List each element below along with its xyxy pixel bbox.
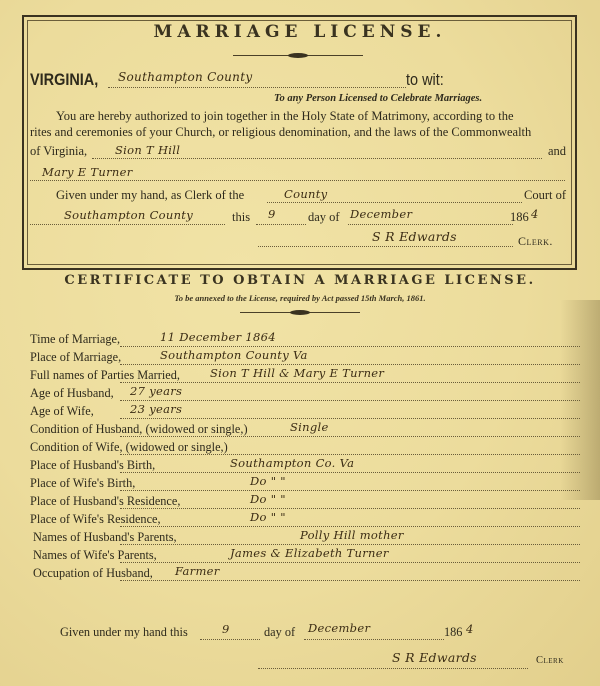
ornament-divider bbox=[233, 55, 363, 56]
this-label: this bbox=[232, 210, 250, 225]
cert-day-of-label: day of bbox=[264, 625, 295, 640]
field-value[interactable]: Do " " bbox=[250, 510, 286, 524]
field-leader bbox=[120, 562, 580, 563]
body-line-2: rites and ceremonies of your Church, or … bbox=[30, 125, 531, 140]
field-value[interactable]: Sion T Hill & Mary E Turner bbox=[210, 366, 384, 380]
body-line-1: You are hereby authorized to join togeth… bbox=[56, 109, 514, 124]
of-virginia-label: of Virginia, bbox=[30, 144, 87, 159]
day-leader bbox=[256, 224, 306, 225]
field-value[interactable]: Do " " bbox=[250, 492, 286, 506]
field-label: Place of Wife's Birth, bbox=[30, 476, 135, 491]
year-prefix: 186 bbox=[510, 210, 529, 225]
and-label: and bbox=[548, 144, 566, 159]
state-label: VIRGINIA, bbox=[30, 70, 98, 90]
cert-given-label: Given under my hand this bbox=[60, 625, 188, 640]
field-value[interactable]: Polly Hill mother bbox=[300, 528, 404, 542]
field-label: Time of Marriage, bbox=[30, 332, 120, 347]
cert-clerk-leader bbox=[258, 668, 528, 669]
field-label: Place of Marriage, bbox=[30, 350, 121, 365]
field-value[interactable]: 27 years bbox=[130, 384, 182, 398]
field-value[interactable]: Southampton County Va bbox=[160, 348, 308, 362]
field-leader bbox=[120, 580, 580, 581]
court-place-leader bbox=[30, 224, 225, 225]
court-type-value[interactable]: County bbox=[284, 187, 327, 201]
field-leader bbox=[120, 544, 580, 545]
month-value[interactable]: December bbox=[350, 207, 412, 221]
year-suffix-value[interactable]: 4 bbox=[531, 207, 539, 221]
field-value[interactable]: 23 years bbox=[130, 402, 182, 416]
field-value[interactable]: Farmer bbox=[175, 564, 220, 578]
certificate-subtitle: To be annexed to the License, required b… bbox=[0, 293, 600, 303]
cert-clerk-label: Clerk bbox=[536, 655, 564, 666]
field-leader bbox=[120, 508, 580, 509]
bride-value[interactable]: Mary E Turner bbox=[42, 165, 133, 179]
clerk-signature: S R Edwards bbox=[372, 229, 457, 244]
groom-leader bbox=[92, 158, 542, 159]
day-value[interactable]: 9 bbox=[268, 207, 276, 221]
field-leader bbox=[120, 436, 580, 437]
cert-month-value[interactable]: December bbox=[308, 621, 370, 635]
field-leader bbox=[120, 418, 580, 419]
clerk-label: Clerk. bbox=[518, 234, 553, 249]
field-value[interactable]: 11 December 1864 bbox=[160, 330, 276, 344]
field-value[interactable]: Southampton Co. Va bbox=[230, 456, 354, 470]
clerk-signature-leader bbox=[258, 246, 513, 247]
field-leader bbox=[120, 490, 580, 491]
cert-day-value[interactable]: 9 bbox=[222, 622, 230, 636]
field-label: Names of Husband's Parents, bbox=[33, 530, 177, 545]
court-type-leader bbox=[267, 202, 522, 203]
field-label: Age of Wife, bbox=[30, 404, 94, 419]
field-leader bbox=[120, 364, 580, 365]
county-value[interactable]: Southampton County bbox=[118, 70, 252, 84]
court-of-label: Court of bbox=[524, 188, 566, 203]
field-value[interactable]: Single bbox=[290, 420, 329, 434]
field-leader bbox=[120, 346, 580, 347]
field-label: Occupation of Husband, bbox=[33, 566, 153, 581]
field-leader bbox=[120, 472, 580, 473]
month-leader bbox=[348, 224, 513, 225]
field-label: Condition of Husband, (widowed or single… bbox=[30, 422, 248, 437]
field-value[interactable]: Do " " bbox=[250, 474, 286, 488]
cert-year-suffix-value[interactable]: 4 bbox=[466, 622, 474, 636]
cert-clerk-signature: S R Edwards bbox=[392, 650, 477, 665]
field-label: Condition of Wife, (widowed or single,) bbox=[30, 440, 228, 455]
field-label: Names of Wife's Parents, bbox=[33, 548, 157, 563]
certificate-ornament bbox=[240, 312, 360, 313]
day-of-label: day of bbox=[308, 210, 340, 225]
cert-day-leader bbox=[200, 639, 260, 640]
to-wit-label: to wit: bbox=[406, 70, 444, 90]
groom-value[interactable]: Sion T Hill bbox=[115, 143, 180, 157]
county-leader bbox=[108, 87, 406, 88]
field-label: Age of Husband, bbox=[30, 386, 114, 401]
field-leader bbox=[120, 526, 580, 527]
field-leader bbox=[120, 400, 580, 401]
field-label: Place of Husband's Residence, bbox=[30, 494, 180, 509]
cert-month-leader bbox=[304, 639, 444, 640]
bride-leader bbox=[30, 180, 565, 181]
field-label: Place of Husband's Birth, bbox=[30, 458, 155, 473]
field-label: Place of Wife's Residence, bbox=[30, 512, 161, 527]
field-label: Full names of Parties Married, bbox=[30, 368, 180, 383]
field-value[interactable]: James & Elizabeth Turner bbox=[230, 546, 389, 560]
license-title: MARRIAGE LICENSE. bbox=[0, 22, 600, 42]
field-leader bbox=[120, 454, 580, 455]
court-place-value[interactable]: Southampton County bbox=[64, 208, 193, 222]
cert-year-prefix: 186 bbox=[444, 625, 462, 640]
certificate-title: CERTIFICATE TO OBTAIN A MARRIAGE LICENSE… bbox=[0, 273, 600, 288]
field-leader bbox=[120, 382, 580, 383]
addressee-note: To any Person Licensed to Celebrate Marr… bbox=[274, 93, 482, 104]
given-clerk-label: Given under my hand, as Clerk of the bbox=[56, 188, 244, 203]
